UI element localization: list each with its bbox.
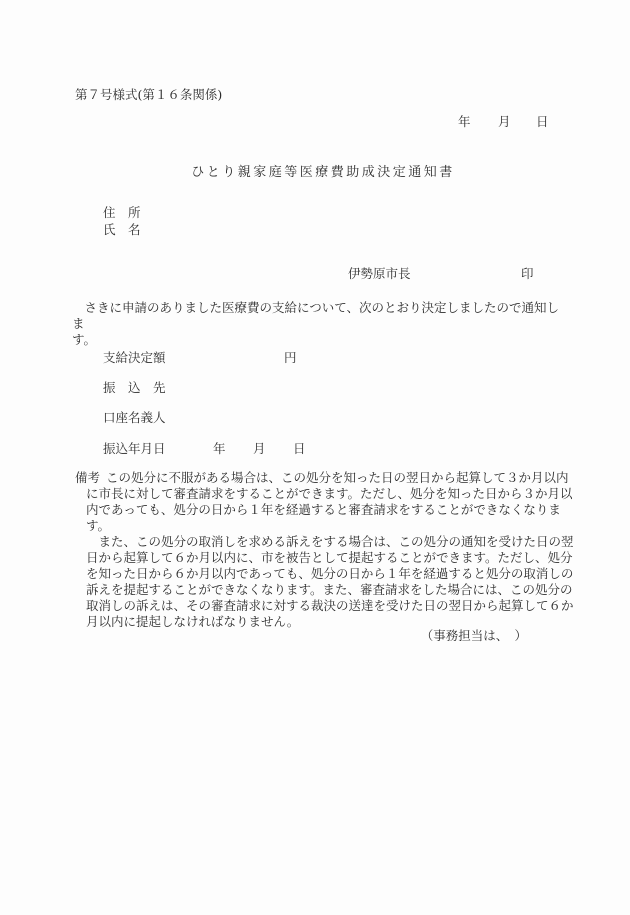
remarks-line: また、この処分の取消しを求める訴えをする場合は、この処分の通知を受けた日の翌 xyxy=(86,534,571,550)
remarks-line: す。 xyxy=(86,518,571,534)
remarks-line: 取消しの訴えは、その審査請求に対する裁決の送達を受けた日の翌日から起算して６か xyxy=(86,598,571,614)
issuer-mayor-name: 伊勢原市長 xyxy=(348,266,411,282)
body-line: さきに申請のありました医療費の支給について、次のとおり決定しましたので通知しま xyxy=(72,300,566,332)
bank-field-label: 振 込 先 xyxy=(103,380,166,396)
remarks-line: 日から起算して６か月以内に、市を被告として提起することができます。ただし、処分 xyxy=(86,550,571,566)
notice-document-page: 第７号様式(第１６条関係) 年 月 日 ひとり親家庭等医療費助成決定通知書 住 … xyxy=(0,0,630,915)
remarks-line: に市長に対して審査請求をすることができます。ただし、処分を知った日から３か月以 xyxy=(86,486,571,502)
issuer-seal-mark: 印 xyxy=(521,266,534,282)
recipient-address-label: 住 所 xyxy=(103,205,141,221)
transfer-date-month-label: 月 xyxy=(253,441,266,457)
account-holder-field-label: 口座名義人 xyxy=(103,410,166,426)
amount-unit-label: 円 xyxy=(284,350,297,366)
issue-date-day-label: 日 xyxy=(536,114,549,130)
recipient-name-label: 氏 名 xyxy=(103,222,141,238)
amount-field-label: 支給決定額 xyxy=(103,350,166,366)
remarks-line: 内であっても、処分の日から１年を経過すると審査請求をすることができなくなりま xyxy=(86,502,571,518)
remarks-line: 訴えを提起することができなくなります。また、審査請求をした場合には、この処分の xyxy=(86,582,571,598)
issue-date-year-label: 年 xyxy=(458,114,471,130)
clerk-contact-note: （事務担当は、 ） xyxy=(421,628,527,644)
remarks-section: 備考この処分に不服がある場合は、この処分を知った日の翌日から起算して３か月以内 … xyxy=(75,470,571,630)
body-paragraph: さきに申請のありました医療費の支給について、次のとおり決定しましたので通知しま … xyxy=(72,300,566,348)
transfer-date-field-label: 振込年月日 xyxy=(103,441,166,457)
page-title: ひとり親家庭等医療費助成決定通知書 xyxy=(0,165,630,181)
form-number: 第７号様式(第１６条関係) xyxy=(75,87,222,103)
remarks-line: 備考この処分に不服がある場合は、この処分を知った日の翌日から起算して３か月以内 xyxy=(75,470,571,486)
body-line: す。 xyxy=(72,332,566,348)
transfer-date-day-label: 日 xyxy=(293,441,306,457)
remarks-line: を知った日から６か月以内であっても、処分の日から１年を経過すると処分の取消しの xyxy=(86,566,571,582)
transfer-date-year-label: 年 xyxy=(213,441,226,457)
issue-date-month-label: 月 xyxy=(498,114,511,130)
remarks-text: この処分に不服がある場合は、この処分を知った日の翌日から起算して３か月以内 xyxy=(106,470,569,485)
remarks-label: 備考 xyxy=(75,470,100,485)
